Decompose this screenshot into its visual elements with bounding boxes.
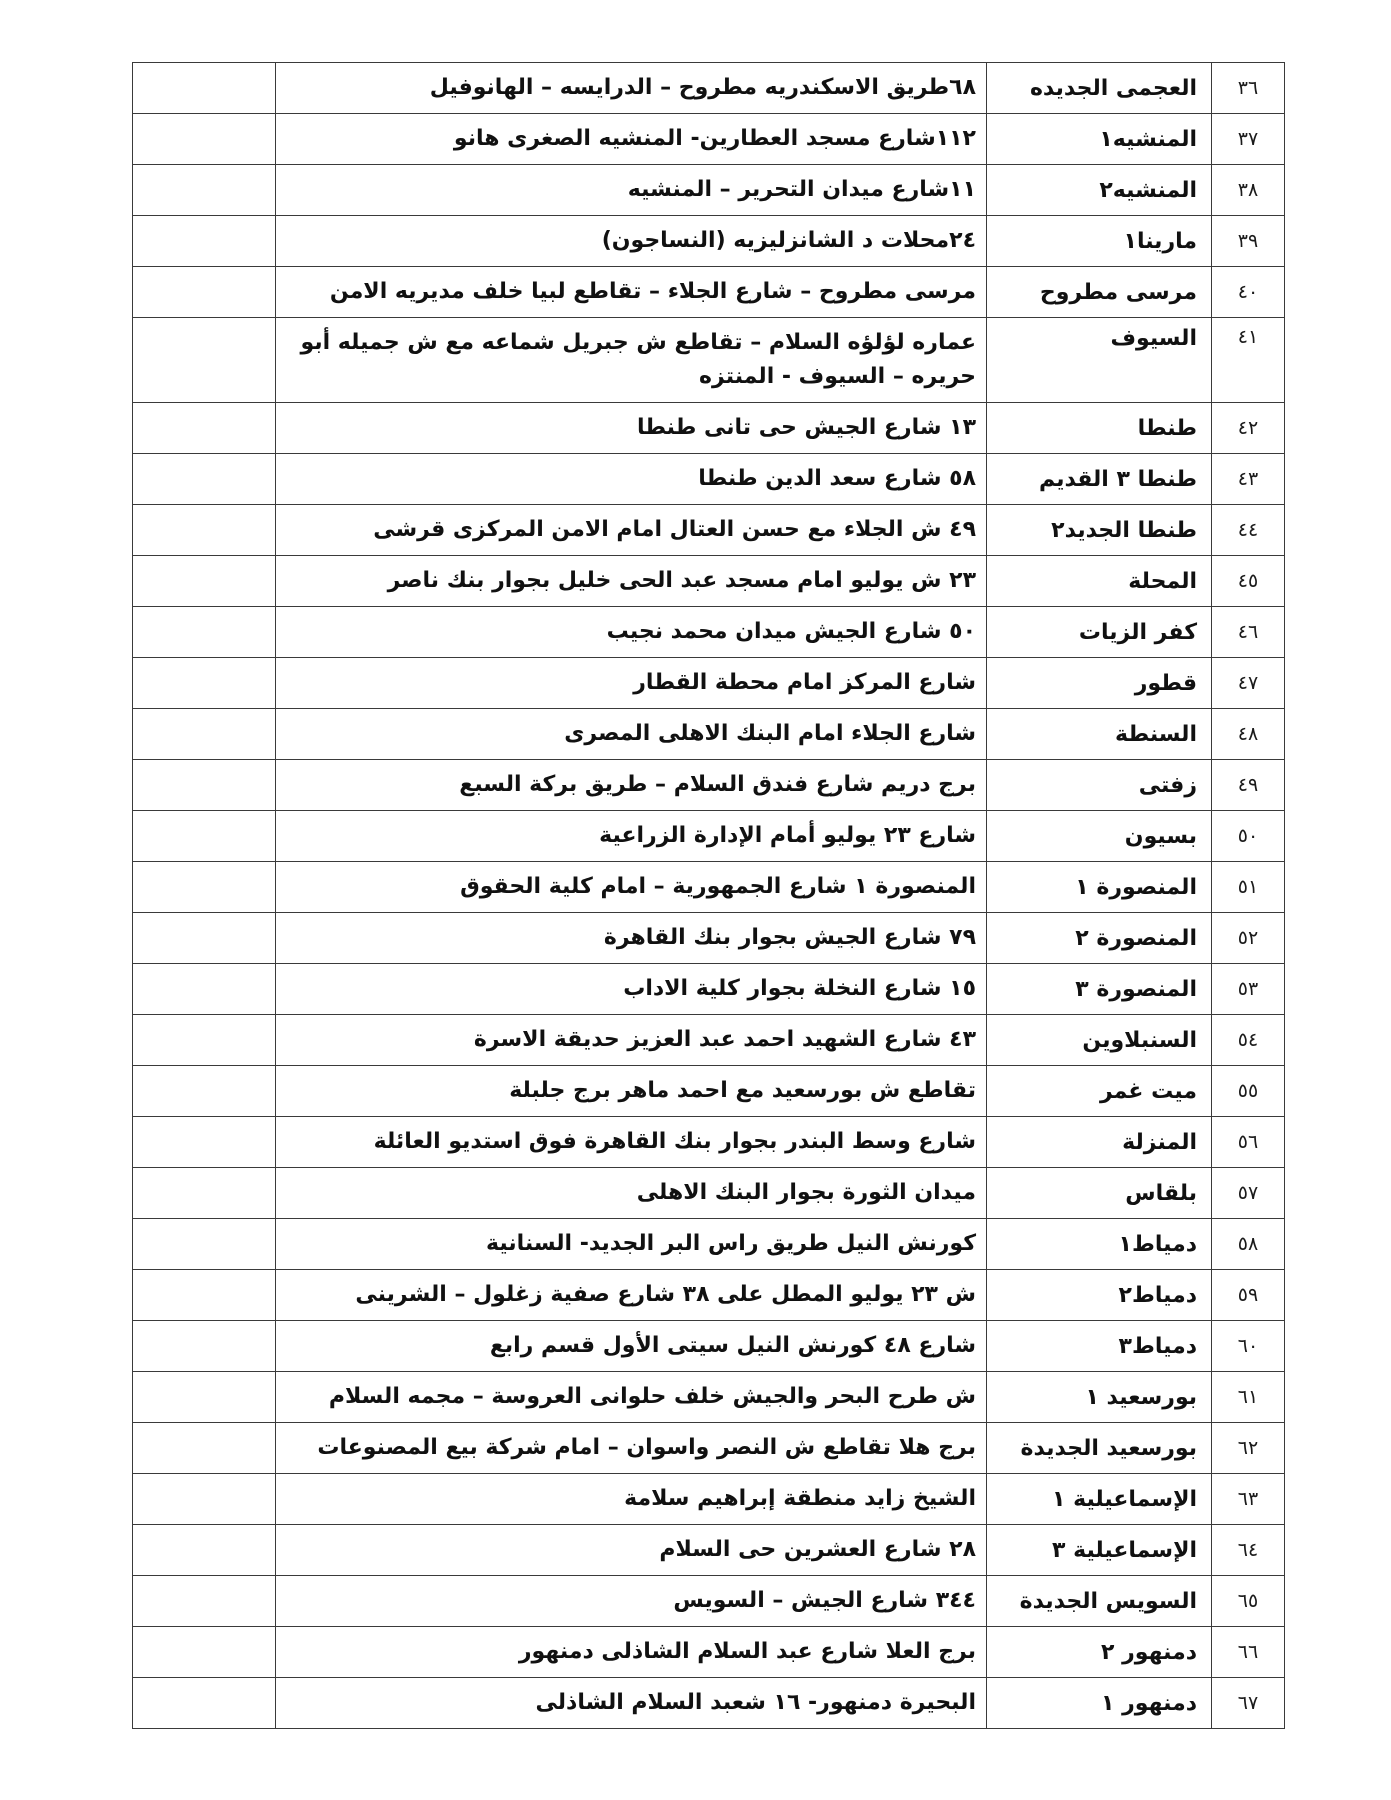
- table-row: ٦٥ السويس الجديدة ٣٤٤ شارع الجيش – السوي…: [133, 1576, 1285, 1627]
- branch-address: برج دريم شارع فندق السلام – طريق بركة ال…: [276, 760, 987, 811]
- branch-address: ش طرح البحر والجيش خلف حلوانى العروسة – …: [276, 1372, 987, 1423]
- branch-name: بلقاس: [987, 1168, 1212, 1219]
- branch-name: المنشيه١: [987, 114, 1212, 165]
- row-number: ٥٢: [1212, 913, 1285, 964]
- row-number: ٤٢: [1212, 403, 1285, 454]
- branch-address: الشيخ زايد منطقة إبراهيم سلامة: [276, 1474, 987, 1525]
- row-number: ٤٦: [1212, 607, 1285, 658]
- table-row: ٤٠ مرسى مطروح مرسى مطروح – شارع الجلاء –…: [133, 267, 1285, 318]
- table-row: ٥٢ المنصورة ٢ ٧٩ شارع الجيش بجوار بنك ال…: [133, 913, 1285, 964]
- row-number: ٤٥: [1212, 556, 1285, 607]
- table-row: ٤٦ كفر الزيات ٥٠ شارع الجيش ميدان محمد ن…: [133, 607, 1285, 658]
- branch-name: ميت غمر: [987, 1066, 1212, 1117]
- table-row: ٦٠ دمياط٣ شارع ٤٨ كورنش النيل سيتى الأول…: [133, 1321, 1285, 1372]
- table-row: ٦٣ الإسماعيلية ١ الشيخ زايد منطقة إبراهي…: [133, 1474, 1285, 1525]
- notes-cell: [133, 658, 276, 709]
- branch-address: ١٣ شارع الجيش حى تانى طنطا: [276, 403, 987, 454]
- notes-cell: [133, 556, 276, 607]
- branch-address: عماره لؤلؤه السلام – تقاطع ش جبريل شماعه…: [276, 318, 987, 403]
- row-number: ٥٥: [1212, 1066, 1285, 1117]
- table-row: ٦٢ بورسعيد الجديدة برج هلا تقاطع ش النصر…: [133, 1423, 1285, 1474]
- table-row: ٥٤ السنبلاوين ٤٣ شارع الشهيد احمد عبد ال…: [133, 1015, 1285, 1066]
- table-row: ٤٣ طنطا ٣ القديم ٥٨ شارع سعد الدين طنطا: [133, 454, 1285, 505]
- notes-cell: [133, 1525, 276, 1576]
- branch-address: مرسى مطروح – شارع الجلاء – تقاطع لبيا خل…: [276, 267, 987, 318]
- branch-address: ميدان الثورة بجوار البنك الاهلى: [276, 1168, 987, 1219]
- branch-address: تقاطع ش بورسعيد مع احمد ماهر برج جلبلة: [276, 1066, 987, 1117]
- row-number: ٤٩: [1212, 760, 1285, 811]
- notes-cell: [133, 1270, 276, 1321]
- table-row: ٥١ المنصورة ١ المنصورة ١ شارع الجمهورية …: [133, 862, 1285, 913]
- table-row: ٦٦ دمنهور ٢ برج العلا شارع عبد السلام ال…: [133, 1627, 1285, 1678]
- row-number: ٤٨: [1212, 709, 1285, 760]
- branch-name: دمياط٣: [987, 1321, 1212, 1372]
- document-page: ٣٦ العجمى الجديده ٦٨طريق الاسكندريه مطرو…: [132, 62, 1256, 1729]
- notes-cell: [133, 1117, 276, 1168]
- branch-name: المنشيه٢: [987, 165, 1212, 216]
- table-row: ٥٧ بلقاس ميدان الثورة بجوار البنك الاهلى: [133, 1168, 1285, 1219]
- branch-address: ٢٨ شارع العشرين حى السلام: [276, 1525, 987, 1576]
- notes-cell: [133, 267, 276, 318]
- branch-name: المنزلة: [987, 1117, 1212, 1168]
- row-number: ٦٧: [1212, 1678, 1285, 1729]
- branch-address: المنصورة ١ شارع الجمهورية – امام كلية ال…: [276, 862, 987, 913]
- row-number: ٦٠: [1212, 1321, 1285, 1372]
- row-number: ٥١: [1212, 862, 1285, 913]
- notes-cell: [133, 454, 276, 505]
- row-number: ٥٨: [1212, 1219, 1285, 1270]
- table-row: ٤٢ طنطا ١٣ شارع الجيش حى تانى طنطا: [133, 403, 1285, 454]
- branch-name: مرسى مطروح: [987, 267, 1212, 318]
- branch-name: الإسماعيلية ٣: [987, 1525, 1212, 1576]
- branch-name: طنطا: [987, 403, 1212, 454]
- branch-name: السنطة: [987, 709, 1212, 760]
- branch-name: الإسماعيلية ١: [987, 1474, 1212, 1525]
- branch-name: السنبلاوين: [987, 1015, 1212, 1066]
- branch-name: المنصورة ٣: [987, 964, 1212, 1015]
- branch-address: ١١٢شارع مسجد العطارين- المنشيه الصغرى ها…: [276, 114, 987, 165]
- notes-cell: [133, 1219, 276, 1270]
- branch-address-table: ٣٦ العجمى الجديده ٦٨طريق الاسكندريه مطرو…: [132, 62, 1285, 1729]
- table-row: ٥٥ ميت غمر تقاطع ش بورسعيد مع احمد ماهر …: [133, 1066, 1285, 1117]
- branch-address: ٤٣ شارع الشهيد احمد عبد العزيز حديقة الا…: [276, 1015, 987, 1066]
- row-number: ٥٧: [1212, 1168, 1285, 1219]
- branch-name: زفتى: [987, 760, 1212, 811]
- table-row: ٥٣ المنصورة ٣ ١٥ شارع النخلة بجوار كلية …: [133, 964, 1285, 1015]
- branch-address: ٥٠ شارع الجيش ميدان محمد نجيب: [276, 607, 987, 658]
- row-number: ٦٤: [1212, 1525, 1285, 1576]
- row-number: ٦٢: [1212, 1423, 1285, 1474]
- table-row: ٤٥ المحلة ٢٣ ش يوليو امام مسجد عبد الحى …: [133, 556, 1285, 607]
- notes-cell: [133, 403, 276, 454]
- table-row: ٥٦ المنزلة شارع وسط البندر بجوار بنك الق…: [133, 1117, 1285, 1168]
- branch-name: المنصورة ٢: [987, 913, 1212, 964]
- branch-address: برج العلا شارع عبد السلام الشاذلى دمنهور: [276, 1627, 987, 1678]
- table-row: ٤٤ طنطا الجديد٢ ٤٩ ش الجلاء مع حسن العتا…: [133, 505, 1285, 556]
- notes-cell: [133, 505, 276, 556]
- table-row: ٣٦ العجمى الجديده ٦٨طريق الاسكندريه مطرو…: [133, 63, 1285, 114]
- table-row: ٣٧ المنشيه١ ١١٢شارع مسجد العطارين- المنش…: [133, 114, 1285, 165]
- branch-address: البحيرة دمنهور- ١٦ شعبد السلام الشاذلى: [276, 1678, 987, 1729]
- branch-address: ٦٨طريق الاسكندريه مطروح – الدرايسه – اله…: [276, 63, 987, 114]
- notes-cell: [133, 1066, 276, 1117]
- branch-address: برج هلا تقاطع ش النصر واسوان – امام شركة…: [276, 1423, 987, 1474]
- branch-name: دمياط١: [987, 1219, 1212, 1270]
- branch-name: المنصورة ١: [987, 862, 1212, 913]
- notes-cell: [133, 760, 276, 811]
- row-number: ٤٣: [1212, 454, 1285, 505]
- branch-address: ١٥ شارع النخلة بجوار كلية الاداب: [276, 964, 987, 1015]
- notes-cell: [133, 862, 276, 913]
- branch-name: قطور: [987, 658, 1212, 709]
- branch-address: شارع ٢٣ يوليو أمام الإدارة الزراعية: [276, 811, 987, 862]
- branch-name: دمنهور ٢: [987, 1627, 1212, 1678]
- row-number: ٥٠: [1212, 811, 1285, 862]
- branch-address: ٥٨ شارع سعد الدين طنطا: [276, 454, 987, 505]
- table-row: ٣٨ المنشيه٢ ١١شارع ميدان التحرير – المنش…: [133, 165, 1285, 216]
- branch-name: المحلة: [987, 556, 1212, 607]
- notes-cell: [133, 964, 276, 1015]
- table-row: ٤٧ قطور شارع المركز امام محطة القطار: [133, 658, 1285, 709]
- table-row: ٥٩ دمياط٢ ش ٢٣ يوليو المطل على ٣٨ شارع ص…: [133, 1270, 1285, 1321]
- table-row: ٦١ بورسعيد ١ ش طرح البحر والجيش خلف حلوا…: [133, 1372, 1285, 1423]
- row-number: ٣٧: [1212, 114, 1285, 165]
- branch-name: بورسعيد ١: [987, 1372, 1212, 1423]
- branch-name: السيوف: [987, 318, 1212, 403]
- row-number: ٥٤: [1212, 1015, 1285, 1066]
- notes-cell: [133, 1015, 276, 1066]
- notes-cell: [133, 913, 276, 964]
- notes-cell: [133, 709, 276, 760]
- notes-cell: [133, 1576, 276, 1627]
- notes-cell: [133, 63, 276, 114]
- branch-name: مارينا١: [987, 216, 1212, 267]
- branch-address: ١١شارع ميدان التحرير – المنشيه: [276, 165, 987, 216]
- table-row: ٤٩ زفتى برج دريم شارع فندق السلام – طريق…: [133, 760, 1285, 811]
- notes-cell: [133, 216, 276, 267]
- row-number: ٣٨: [1212, 165, 1285, 216]
- table-row: ٤١ السيوف عماره لؤلؤه السلام – تقاطع ش ج…: [133, 318, 1285, 403]
- branch-address: ٤٩ ش الجلاء مع حسن العتال امام الامن الم…: [276, 505, 987, 556]
- table-row: ٥٨ دمياط١ كورنش النيل طريق راس البر الجد…: [133, 1219, 1285, 1270]
- notes-cell: [133, 1168, 276, 1219]
- notes-cell: [133, 165, 276, 216]
- branch-name: دمياط٢: [987, 1270, 1212, 1321]
- branch-address: ش ٢٣ يوليو المطل على ٣٨ شارع صفية زغلول …: [276, 1270, 987, 1321]
- row-number: ٦٦: [1212, 1627, 1285, 1678]
- table-row: ٥٠ بسيون شارع ٢٣ يوليو أمام الإدارة الزر…: [133, 811, 1285, 862]
- branch-name: بورسعيد الجديدة: [987, 1423, 1212, 1474]
- branch-address: ٧٩ شارع الجيش بجوار بنك القاهرة: [276, 913, 987, 964]
- notes-cell: [133, 1423, 276, 1474]
- row-number: ٦١: [1212, 1372, 1285, 1423]
- row-number: ٣٩: [1212, 216, 1285, 267]
- row-number: ٤٠: [1212, 267, 1285, 318]
- notes-cell: [133, 1474, 276, 1525]
- branch-name: السويس الجديدة: [987, 1576, 1212, 1627]
- branch-address: كورنش النيل طريق راس البر الجديد- السنان…: [276, 1219, 987, 1270]
- notes-cell: [133, 114, 276, 165]
- row-number: ٦٣: [1212, 1474, 1285, 1525]
- branch-address: شارع وسط البندر بجوار بنك القاهرة فوق اس…: [276, 1117, 987, 1168]
- notes-cell: [133, 1627, 276, 1678]
- row-number: ٤٧: [1212, 658, 1285, 709]
- row-number: ٥٣: [1212, 964, 1285, 1015]
- branch-name: كفر الزيات: [987, 607, 1212, 658]
- branch-name: بسيون: [987, 811, 1212, 862]
- notes-cell: [133, 811, 276, 862]
- notes-cell: [133, 1321, 276, 1372]
- table-row: ٦٧ دمنهور ١ البحيرة دمنهور- ١٦ شعبد السل…: [133, 1678, 1285, 1729]
- table-row: ٣٩ مارينا١ ٢٤محلات د الشانزليزيه (النساج…: [133, 216, 1285, 267]
- branch-address: ٢٤محلات د الشانزليزيه (النساجون): [276, 216, 987, 267]
- branch-address: ٢٣ ش يوليو امام مسجد عبد الحى خليل بجوار…: [276, 556, 987, 607]
- table-row: ٦٤ الإسماعيلية ٣ ٢٨ شارع العشرين حى السل…: [133, 1525, 1285, 1576]
- row-number: ٣٦: [1212, 63, 1285, 114]
- row-number: ٤١: [1212, 318, 1285, 403]
- notes-cell: [133, 1372, 276, 1423]
- branch-address: شارع المركز امام محطة القطار: [276, 658, 987, 709]
- branch-name: دمنهور ١: [987, 1678, 1212, 1729]
- branch-name: طنطا الجديد٢: [987, 505, 1212, 556]
- branch-name: العجمى الجديده: [987, 63, 1212, 114]
- branch-address: شارع الجلاء امام البنك الاهلى المصرى: [276, 709, 987, 760]
- branch-address: ٣٤٤ شارع الجيش – السويس: [276, 1576, 987, 1627]
- table-row: ٤٨ السنطة شارع الجلاء امام البنك الاهلى …: [133, 709, 1285, 760]
- row-number: ٦٥: [1212, 1576, 1285, 1627]
- branch-address: شارع ٤٨ كورنش النيل سيتى الأول قسم رابع: [276, 1321, 987, 1372]
- branch-name: طنطا ٣ القديم: [987, 454, 1212, 505]
- row-number: ٤٤: [1212, 505, 1285, 556]
- row-number: ٥٩: [1212, 1270, 1285, 1321]
- row-number: ٥٦: [1212, 1117, 1285, 1168]
- notes-cell: [133, 1678, 276, 1729]
- notes-cell: [133, 607, 276, 658]
- notes-cell: [133, 318, 276, 403]
